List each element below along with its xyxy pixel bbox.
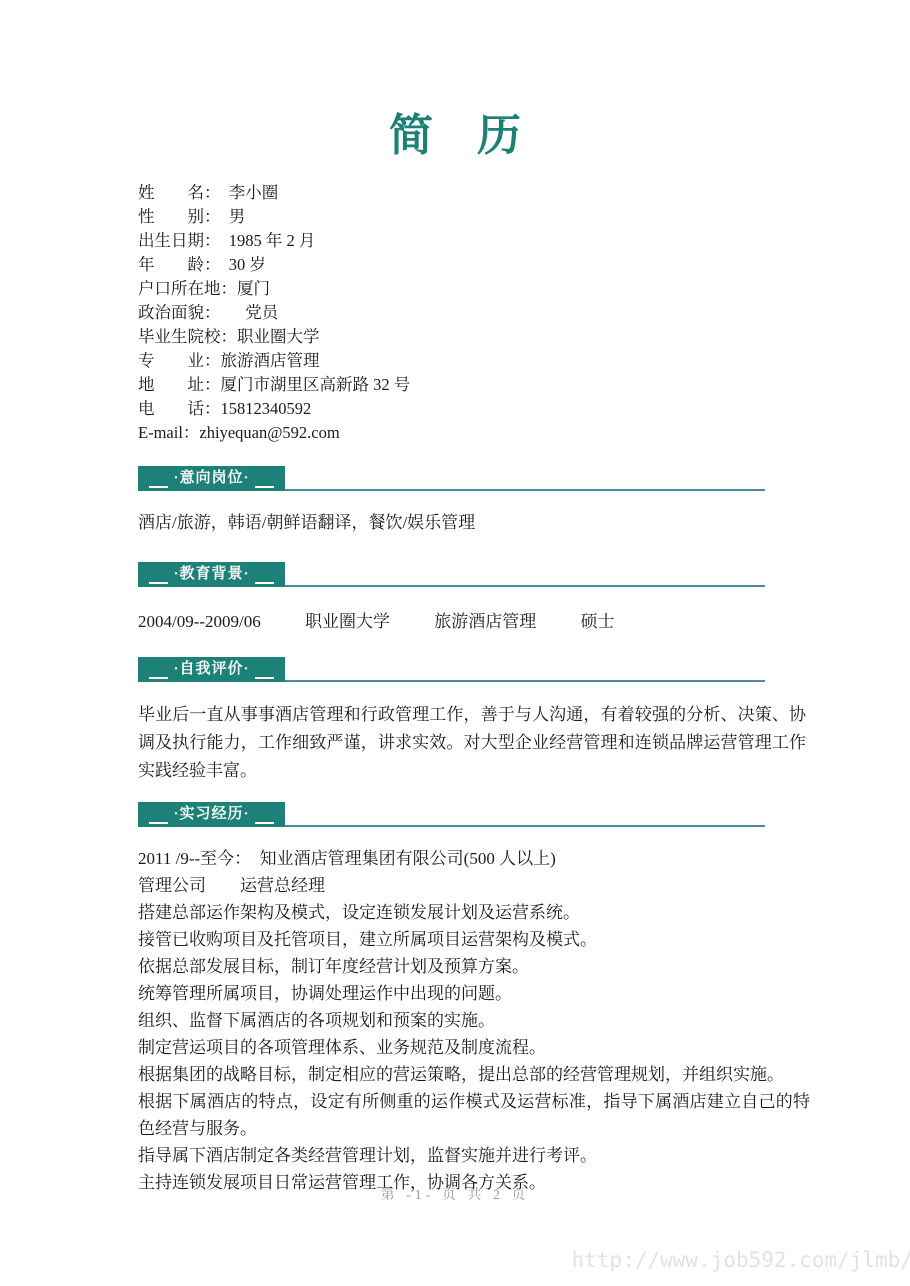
header-underline-tick bbox=[149, 582, 168, 584]
info-row-address: 地 址：厦门市湖里区高新路 32 号 bbox=[138, 373, 410, 397]
info-row-school: 毕业生院校：职业圈大学 bbox=[138, 325, 410, 349]
info-value: 厦门市湖里区高新路 32 号 bbox=[221, 375, 411, 394]
info-label: 户口所在地： bbox=[138, 279, 237, 298]
edu-period: 2004/09--2009/06 bbox=[138, 608, 261, 636]
section-header-self-eval: ·自我评价· bbox=[138, 657, 765, 682]
section-rule bbox=[285, 489, 765, 491]
section-rule bbox=[285, 680, 765, 682]
duty-line: 接管已收购项目及托管项目，建立所属项目运营架构及模式。 bbox=[138, 926, 810, 953]
personal-info: 姓 名： 李小圈 性 别： 男 出生日期： 1985 年 2 月 年 龄： 30… bbox=[138, 181, 410, 445]
section-rule bbox=[285, 825, 765, 827]
info-value: 15812340592 bbox=[221, 399, 312, 418]
info-row-email: E-mail：zhiyequan@592.com bbox=[138, 421, 410, 445]
experience-duties: 搭建总部运作架构及模式，设定连锁发展计划及运营系统。 接管已收购项目及托管项目，… bbox=[138, 899, 810, 1196]
section-header-box: ·实习经历· bbox=[138, 802, 285, 827]
header-underline-tick bbox=[255, 677, 274, 679]
header-underline-tick bbox=[255, 582, 274, 584]
section-title-self-eval: ·自我评价· bbox=[173, 657, 249, 682]
education-content: 2004/09--2009/06 职业圈大学 旅游酒店管理 硕士 bbox=[138, 608, 615, 636]
info-value: 男 bbox=[229, 207, 246, 226]
info-label: 毕业生院校： bbox=[138, 327, 237, 346]
section-header-education: ·教育背景· bbox=[138, 562, 765, 587]
info-value: zhiyequan@592.com bbox=[199, 423, 339, 442]
info-label: 政治面貌： bbox=[138, 303, 245, 322]
duty-line: 搭建总部运作架构及模式，设定连锁发展计划及运营系统。 bbox=[138, 899, 810, 926]
section-header-box: ·教育背景· bbox=[138, 562, 285, 587]
watermark-url: http://www.job592.com/jlmb/ bbox=[572, 1248, 910, 1272]
page-title: 简 历 bbox=[0, 108, 910, 163]
info-label: 专 业： bbox=[138, 351, 221, 370]
info-label: 地 址： bbox=[138, 375, 221, 394]
section-title-education: ·教育背景· bbox=[173, 562, 249, 587]
info-value: 旅游酒店管理 bbox=[221, 351, 320, 370]
section-header-experience: ·实习经历· bbox=[138, 802, 765, 827]
edu-school: 职业圈大学 bbox=[305, 608, 390, 636]
header-underline-tick bbox=[149, 677, 168, 679]
info-label: 姓 名： bbox=[138, 183, 229, 202]
duty-line: 制定营运项目的各项管理体系、业务规范及制度流程。 bbox=[138, 1034, 810, 1061]
info-value: 职业圈大学 bbox=[237, 327, 320, 346]
info-label: 出生日期： bbox=[138, 231, 229, 250]
edu-major: 旅游酒店管理 bbox=[434, 608, 536, 636]
duty-line: 统筹管理所属项目，协调处理运作中出现的问题。 bbox=[138, 980, 810, 1007]
experience-role-line: 管理公司 运营总经理 bbox=[138, 872, 810, 899]
duty-line: 指导属下酒店制定各类经营管理计划，监督实施并进行考评。 bbox=[138, 1142, 810, 1169]
info-value: 党员 bbox=[245, 303, 278, 322]
info-label: 电 话： bbox=[138, 399, 221, 418]
header-underline-tick bbox=[255, 822, 274, 824]
info-row-birthdate: 出生日期： 1985 年 2 月 bbox=[138, 229, 410, 253]
duty-line: 依据总部发展目标，制订年度经营计划及预算方案。 bbox=[138, 953, 810, 980]
page-number: 第 -1- 页 共 2 页 bbox=[0, 1184, 910, 1204]
intent-content: 酒店/旅游，韩语/朝鲜语翻译，餐饮/娱乐管理 bbox=[138, 509, 475, 537]
header-underline-tick bbox=[149, 486, 168, 488]
info-label: 年 龄： bbox=[138, 255, 229, 274]
info-row-phone: 电 话：15812340592 bbox=[138, 397, 410, 421]
header-underline-tick bbox=[255, 486, 274, 488]
info-row-name: 姓 名： 李小圈 bbox=[138, 181, 410, 205]
section-title-intent: ·意向岗位· bbox=[173, 466, 249, 491]
resume-page: 简 历 姓 名： 李小圈 性 别： 男 出生日期： 1985 年 2 月 年 龄… bbox=[0, 0, 910, 1286]
section-header-box: ·意向岗位· bbox=[138, 466, 285, 491]
info-row-major: 专 业：旅游酒店管理 bbox=[138, 349, 410, 373]
edu-degree: 硕士 bbox=[581, 608, 615, 636]
duty-line: 根据集团的战略目标，制定相应的营运策略，提出总部的经营管理规划，并组织实施。 bbox=[138, 1061, 810, 1088]
section-title-experience: ·实习经历· bbox=[173, 802, 249, 827]
experience-period-line: 2011 /9--至今： 知业酒店管理集团有限公司(500 人以上) bbox=[138, 845, 810, 872]
header-underline-tick bbox=[149, 822, 168, 824]
info-row-residence: 户口所在地：厦门 bbox=[138, 277, 410, 301]
experience-content: 2011 /9--至今： 知业酒店管理集团有限公司(500 人以上) 管理公司 … bbox=[138, 845, 810, 1196]
info-label: E-mail： bbox=[138, 423, 199, 442]
info-value: 1985 年 2 月 bbox=[229, 231, 316, 250]
section-rule bbox=[285, 585, 765, 587]
section-header-intent: ·意向岗位· bbox=[138, 466, 765, 491]
self-eval-content: 毕业后一直从事事酒店管理和行政管理工作，善于与人沟通，有着较强的分析、决策、协调… bbox=[138, 701, 806, 785]
info-row-age: 年 龄： 30 岁 bbox=[138, 253, 410, 277]
duty-line: 根据下属酒店的特点，设定有所侧重的运作模式及运营标准，指导下属酒店建立自己的特色… bbox=[138, 1088, 810, 1142]
info-value: 30 岁 bbox=[229, 255, 266, 274]
duty-line: 组织、监督下属酒店的各项规划和预案的实施。 bbox=[138, 1007, 810, 1034]
info-value: 厦门 bbox=[237, 279, 270, 298]
info-label: 性 别： bbox=[138, 207, 229, 226]
info-row-gender: 性 别： 男 bbox=[138, 205, 410, 229]
info-row-political-status: 政治面貌： 党员 bbox=[138, 301, 410, 325]
info-value: 李小圈 bbox=[229, 183, 279, 202]
section-header-box: ·自我评价· bbox=[138, 657, 285, 682]
